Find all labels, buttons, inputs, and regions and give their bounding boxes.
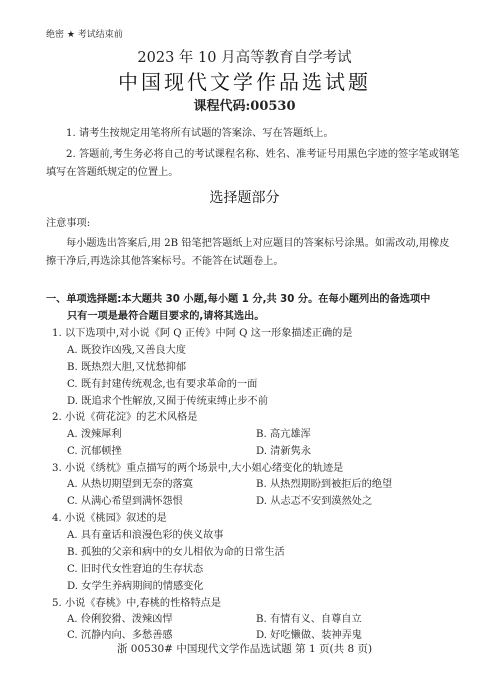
- question-1-option-c: C. 既有封建传统观念,也有要求革命的一面: [67, 375, 257, 390]
- question-1-stem: 1. 以下选项中,对小说《阿 Q 正传》中阿 Q 这一形象描述正确的是: [52, 324, 353, 339]
- question-3-option-c: C. 从满心希望到满怀怨恨: [67, 492, 183, 507]
- page-footer: 浙 00530# 中国现代文学作品选试题 第 1 页(共 8 页): [0, 641, 489, 656]
- question-5-option-d: D. 好吃懒做、装神弄鬼: [256, 626, 362, 641]
- notes-line1: 每小题选出答案后,用 2B 铅笔把答题纸上对应题目的答案标号涂黑。如需改动,用橡…: [66, 234, 449, 249]
- question-5-option-b: B. 有情有义、自尊自立: [256, 610, 362, 625]
- instruction-2-line2: 填写在答题纸规定的位置上。: [46, 163, 178, 178]
- question-2-option-a: A. 泼辣犀利: [67, 425, 122, 440]
- question-3-stem: 3. 小说《绣枕》重点描写的两个场景中,大小姐心绪变化的轨迹是: [52, 459, 343, 474]
- question-5-option-a: A. 伶俐狡猾、泼辣凶悍: [67, 610, 173, 625]
- question-5-option-c: C. 沉静内向、多愁善感: [67, 626, 173, 641]
- course-code: 课程代码:00530: [0, 95, 489, 114]
- question-5-stem: 5. 小说《春桃》中,春桃的性格特点是: [52, 594, 221, 609]
- question-4-option-b: B. 孤独的父亲和病中的女儿相依为命的日常生活: [67, 543, 285, 558]
- paper-title: 中国现代文学作品选试题: [0, 66, 489, 95]
- question-1-option-b: B. 既热烈大胆,又忧愁抑郁: [67, 358, 186, 373]
- question-1-option-a: A. 既狡诈凶残,又善良大度: [67, 341, 186, 356]
- instruction-2-line1: 2. 答题前,考生务必将自己的考试课程名称、姓名、准考证号用黑色字迹的签字笔或钢…: [66, 145, 459, 160]
- question-4-option-a: A. 具有童话和浪漫色彩的侠义故事: [67, 526, 223, 541]
- question-2-option-c: C. 沉郁顿挫: [67, 442, 122, 457]
- notes-line2: 擦干净后,再选涂其他答案标号。不能答在试题卷上。: [46, 252, 284, 267]
- part-one-heading-line2: 只有一项是最符合题目要求的,请将其选出。: [67, 307, 264, 322]
- question-3-option-b: B. 从热烈期盼到被拒后的绝望: [256, 475, 392, 490]
- section-title: 选择题部分: [0, 187, 489, 207]
- question-4-option-c: C. 旧时代女性窘迫的生存状态: [67, 560, 203, 575]
- question-2-stem: 2. 小说《荷花淀》的艺术风格是: [52, 408, 197, 423]
- confidential-label: 绝密 ★ 考试结束前: [46, 27, 123, 40]
- question-4-stem: 4. 小说《桃园》叙述的是: [52, 509, 167, 524]
- exam-title: 2023 年 10 月高等教育自学考试: [0, 46, 489, 67]
- question-3-option-a: A. 从热切期望到无奈的落寞: [67, 475, 193, 490]
- question-1-option-d: D. 既追求个性解放,又囿于传统束缚止步不前: [67, 392, 268, 407]
- question-4-option-d: D. 女学生养病期间的情感变化: [67, 577, 204, 592]
- instruction-1: 1. 请考生按规定用笔将所有试题的答案涂、写在答题纸上。: [66, 124, 334, 139]
- question-2-option-b: B. 高亢雄浑: [256, 425, 311, 440]
- question-3-option-d: D. 从忐忑不安到漠然处之: [256, 492, 372, 507]
- notes-label: 注意事项:: [46, 214, 90, 229]
- question-2-option-d: D. 清新隽永: [256, 442, 311, 457]
- part-one-heading-line1: 一、单项选择题:本大题共 30 小题,每小题 1 分,共 30 分。在每小题列出…: [46, 290, 430, 305]
